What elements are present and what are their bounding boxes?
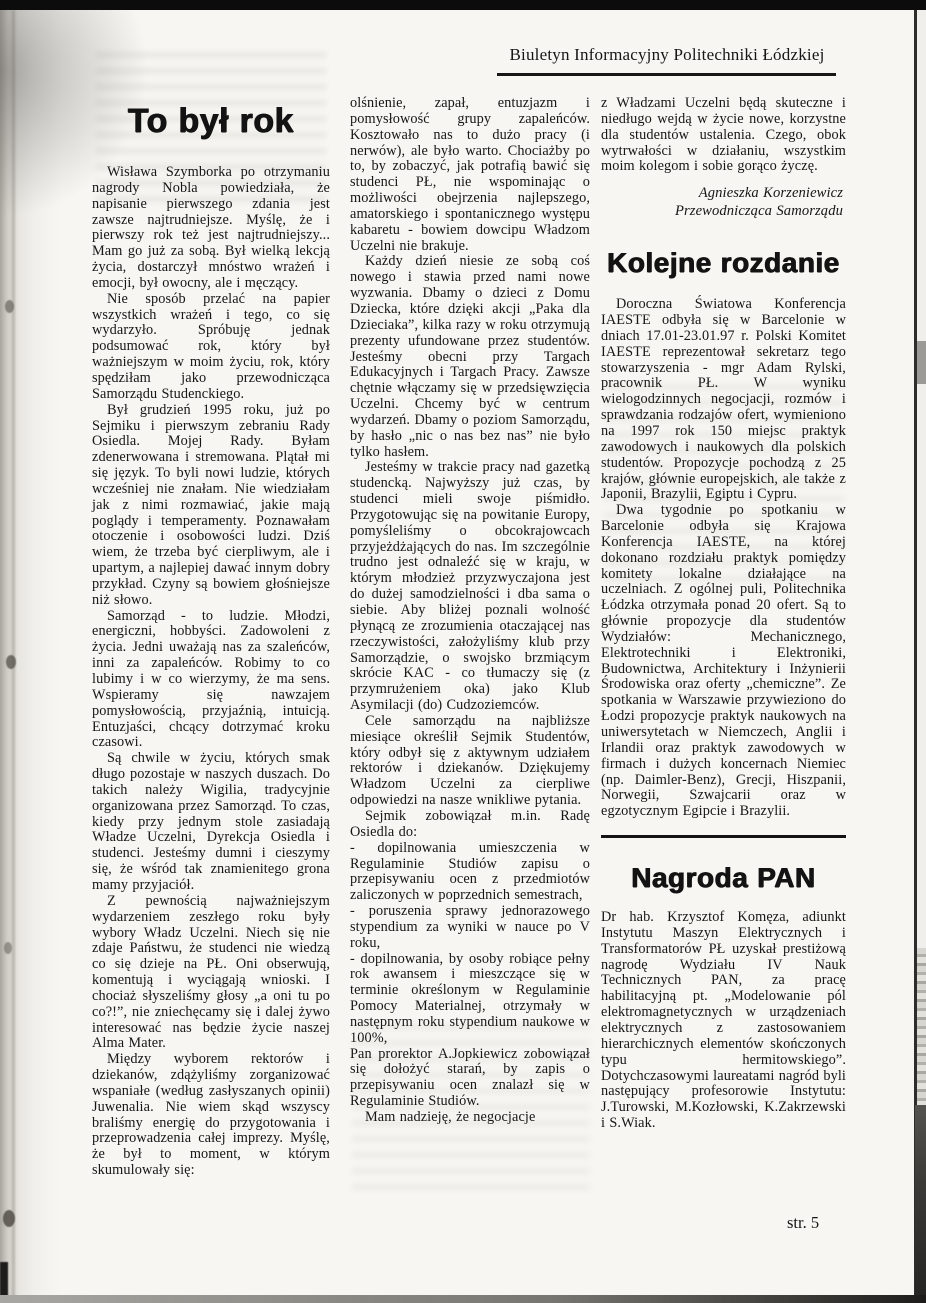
paragraph: Dwa tygodnie po spotkaniu w Barcelonie o… bbox=[601, 503, 846, 820]
column-3: z Władzami Uczelni będą skuteczne i nied… bbox=[601, 96, 846, 1132]
scan-texture-right bbox=[917, 948, 926, 1108]
article-title-to-byl-rok: To był rok bbox=[92, 101, 330, 141]
paragraph: Wisława Szymborka po otrzymaniu nagrody … bbox=[92, 165, 330, 292]
list-item-paragraph: - poruszenia sprawy jednorazowego stypen… bbox=[350, 904, 590, 952]
paragraph: Są chwile w życiu, których smak długo po… bbox=[92, 751, 330, 894]
scan-binding-mark bbox=[4, 942, 12, 954]
section-divider bbox=[601, 835, 846, 838]
paragraph: Pan prorektor A.Jopkiewicz zobowiązał si… bbox=[350, 1047, 590, 1110]
signature-author: Agnieszka Korzeniewicz bbox=[601, 185, 843, 203]
scan-binding-mark bbox=[6, 655, 16, 669]
paragraph: Cele samorządu na najbliższe miesiące ok… bbox=[350, 714, 590, 809]
paragraph: Doroczna Światowa Konferencja IAESTE odb… bbox=[601, 297, 846, 503]
article-title-kolejne-rozdanie: Kolejne rozdanie bbox=[601, 246, 846, 280]
paragraph: Samorząd - to ludzie. Młodzi, energiczni… bbox=[92, 609, 330, 752]
column-2: olśnienie, zapał, entuzjazm i pomysłowoś… bbox=[350, 96, 590, 1126]
scan-corner-bottom-right bbox=[915, 1105, 926, 1303]
list-item-paragraph: - dopilnowania umieszczenia w Regulamini… bbox=[350, 841, 590, 904]
scan-binding-mark bbox=[3, 1210, 15, 1227]
scanned-bulletin-page: Biuletyn Informacyjny Politechniki Łódzk… bbox=[0, 0, 926, 1303]
list-item-paragraph: - dopilnowania, by osoby robiące pełny r… bbox=[350, 952, 590, 1047]
article-signature: Agnieszka Korzeniewicz Przewodnicząca Sa… bbox=[601, 185, 846, 220]
paragraph: Dr hab. Krzysztof Komęza, adiunkt Instyt… bbox=[601, 910, 846, 1132]
paragraph: Mam nadzieję, że negocjacje bbox=[350, 1110, 590, 1126]
header-rule-divider bbox=[497, 73, 836, 76]
paragraph: Był grudzień 1995 roku, już po Sejmiku i… bbox=[92, 403, 330, 609]
page-number: str. 5 bbox=[787, 1213, 819, 1233]
article-title-nagroda-pan: Nagroda PAN bbox=[601, 861, 846, 895]
paragraph: Nie sposób przelać na papier wszystkich … bbox=[92, 292, 330, 403]
column-1: To był rok Wisława Szymborka po otrzyman… bbox=[92, 99, 330, 1179]
paragraph: Każdy dzień niesie ze sobą coś nowego i … bbox=[350, 254, 590, 460]
scan-binding-mark bbox=[5, 300, 14, 313]
scan-corner-bottom-left bbox=[0, 1262, 8, 1296]
paragraph: Sejmik zobowiązał m.in. Radę Osiedla do: bbox=[350, 809, 590, 841]
paragraph: Z pewnością najważniejszym wydarzeniem z… bbox=[92, 894, 330, 1052]
scan-edge-top bbox=[0, 0, 926, 10]
paragraph: Jesteśmy w trakcie pracy nad gazetką stu… bbox=[350, 460, 590, 714]
paragraph: Między wyborem rektorów i dziekanów, zdą… bbox=[92, 1052, 330, 1179]
signature-role: Przewodnicząca Samorządu bbox=[601, 203, 843, 221]
bulletin-header: Biuletyn Informacyjny Politechniki Łódzk… bbox=[497, 45, 837, 65]
paragraph: olśnienie, zapał, entuzjazm i pomysłowoś… bbox=[350, 96, 590, 254]
scan-edge-bottom bbox=[0, 1295, 926, 1303]
paragraph: z Władzami Uczelni będą skuteczne i nied… bbox=[601, 96, 846, 175]
scan-gray-block-right bbox=[917, 341, 926, 384]
